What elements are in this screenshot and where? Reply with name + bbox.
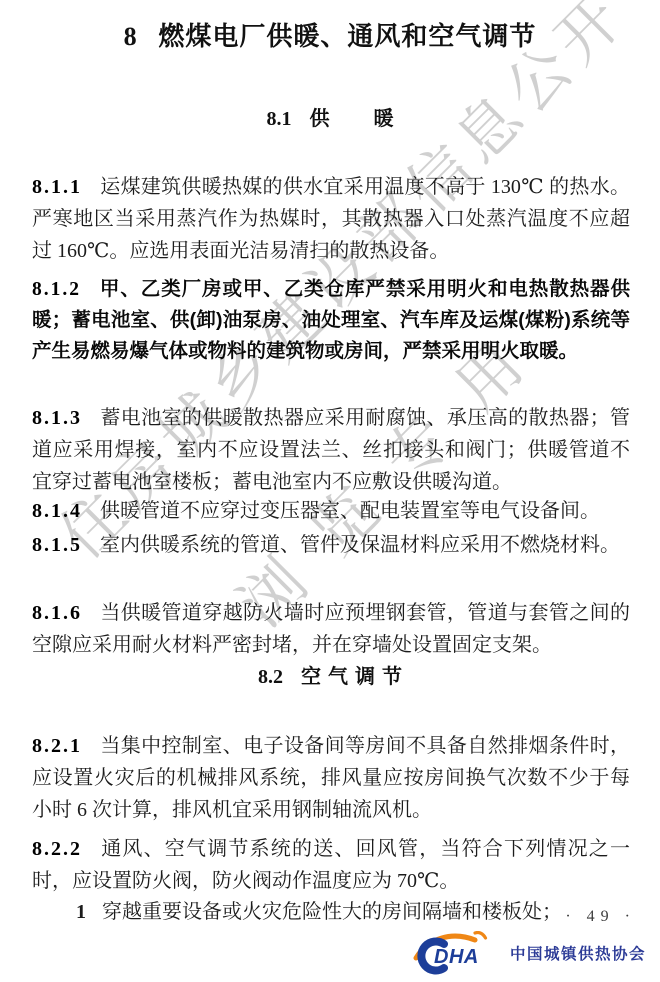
clause-8-2-1: 8.2.1当集中控制室、电子设备间等房间不具备自然排烟条件时，应设置火灾后的机械… — [32, 730, 630, 826]
chapter-number: 8 — [124, 22, 138, 51]
association-logo: DHA 中国城镇供热协会 — [412, 930, 646, 976]
list-item-text: 穿越重要设备或火灾危险性大的房间隔墙和楼板处； — [102, 901, 562, 923]
clause-8-1-2: 8.1.2甲、乙类厂房或甲、乙类仓库严禁采用明火和电热散热器供暖；蓄电池室、供(… — [32, 274, 630, 367]
clause-number: 8.1.5 — [32, 534, 82, 556]
clause-text: 蓄电池室的供暖散热器应采用耐腐蚀、承压高的散热器；管道应采用焊接，室内不应设置法… — [32, 407, 630, 493]
logo-association-name: 中国城镇供热协会 — [510, 942, 646, 964]
page-content: 8燃煤电厂供暖、通风和空气调节 8.1供暖 8.1.1运煤建筑供暖热媒的供水宜采… — [0, 0, 660, 982]
clause-number: 8.1.3 — [32, 407, 82, 429]
clause-text: 室内供暖系统的管道、管件及保温材料应采用不燃烧材料。 — [100, 534, 620, 556]
clause-8-1-3: 8.1.3蓄电池室的供暖散热器应采用耐腐蚀、承压高的散热器；管道应采用焊接，室内… — [32, 402, 630, 498]
clause-8-1-1: 8.1.1运煤建筑供暖热媒的供水宜采用温度不高于 130℃ 的热水。严寒地区当采… — [32, 171, 630, 267]
clause-8-1-6: 8.1.6当供暖管道穿越防火墙时应预埋钢套管，管道与套管之间的空隙应采用耐火材料… — [32, 597, 630, 661]
clause-number: 8.2.1 — [32, 735, 82, 757]
clause-text: 当集中控制室、电子设备间等房间不具备自然排烟条件时，应设置火灾后的机械排风系统，… — [32, 735, 630, 821]
section-heading-8-2: 8.2空气调节 — [0, 660, 660, 689]
clause-8-2-2-item-1: 1穿越重要设备或火灾危险性大的房间隔墙和楼板处； — [32, 896, 630, 928]
chapter-title: 8燃煤电厂供暖、通风和空气调节 — [0, 20, 660, 54]
logo-orange-tick — [475, 933, 486, 938]
clause-text: 通风、空气调节系统的送、回风管，当符合下列情况之一时，应设置防火阀，防火阀动作温… — [32, 838, 630, 892]
page-number: · 49 · — [565, 908, 636, 926]
clause-text: 运煤建筑供暖热媒的供水宜采用温度不高于 130℃ 的热水。严寒地区当采用蒸汽作为… — [32, 176, 630, 262]
clause-number: 8.1.4 — [32, 500, 82, 522]
clause-number: 8.2.2 — [32, 838, 82, 860]
section-title: 供暖 — [310, 108, 438, 130]
clause-text: 当供暖管道穿越防火墙时应预埋钢套管，管道与套管之间的空隙应采用耐火材料严密封堵，… — [32, 602, 630, 656]
clause-text: 甲、乙类厂房或甲、乙类仓库严禁采用明火和电热散热器供暖；蓄电池室、供(卸)油泵房… — [32, 278, 630, 362]
section-heading-8-1: 8.1供暖 — [0, 102, 660, 131]
clause-8-1-4: 8.1.4供暖管道不应穿过变压器室、配电装置室等电气设备间。 — [32, 495, 630, 527]
clause-number: 8.1.2 — [32, 279, 81, 300]
chapter-title-text: 燃煤电厂供暖、通风和空气调节 — [158, 22, 536, 51]
clause-number: 8.1.6 — [32, 602, 82, 624]
section-title: 空气调节 — [301, 666, 409, 688]
section-number: 8.1 — [267, 108, 292, 130]
document-page: 住房城乡建设部信息公开 浏览专用 8燃煤电厂供暖、通风和空气调节 8.1供暖 8… — [0, 0, 660, 982]
section-number: 8.2 — [258, 666, 283, 688]
list-item-number: 1 — [76, 901, 86, 923]
clause-8-2-2: 8.2.2通风、空气调节系统的送、回风管，当符合下列情况之一时，应设置防火阀，防… — [32, 833, 630, 897]
clause-text: 供暖管道不应穿过变压器室、配电装置室等电气设备间。 — [100, 500, 600, 522]
cdha-logo-icon: DHA — [412, 931, 504, 975]
logo-acronym: DHA — [434, 946, 479, 968]
clause-8-1-5: 8.1.5室内供暖系统的管道、管件及保温材料应采用不燃烧材料。 — [32, 529, 630, 561]
clause-number: 8.1.1 — [32, 176, 82, 198]
